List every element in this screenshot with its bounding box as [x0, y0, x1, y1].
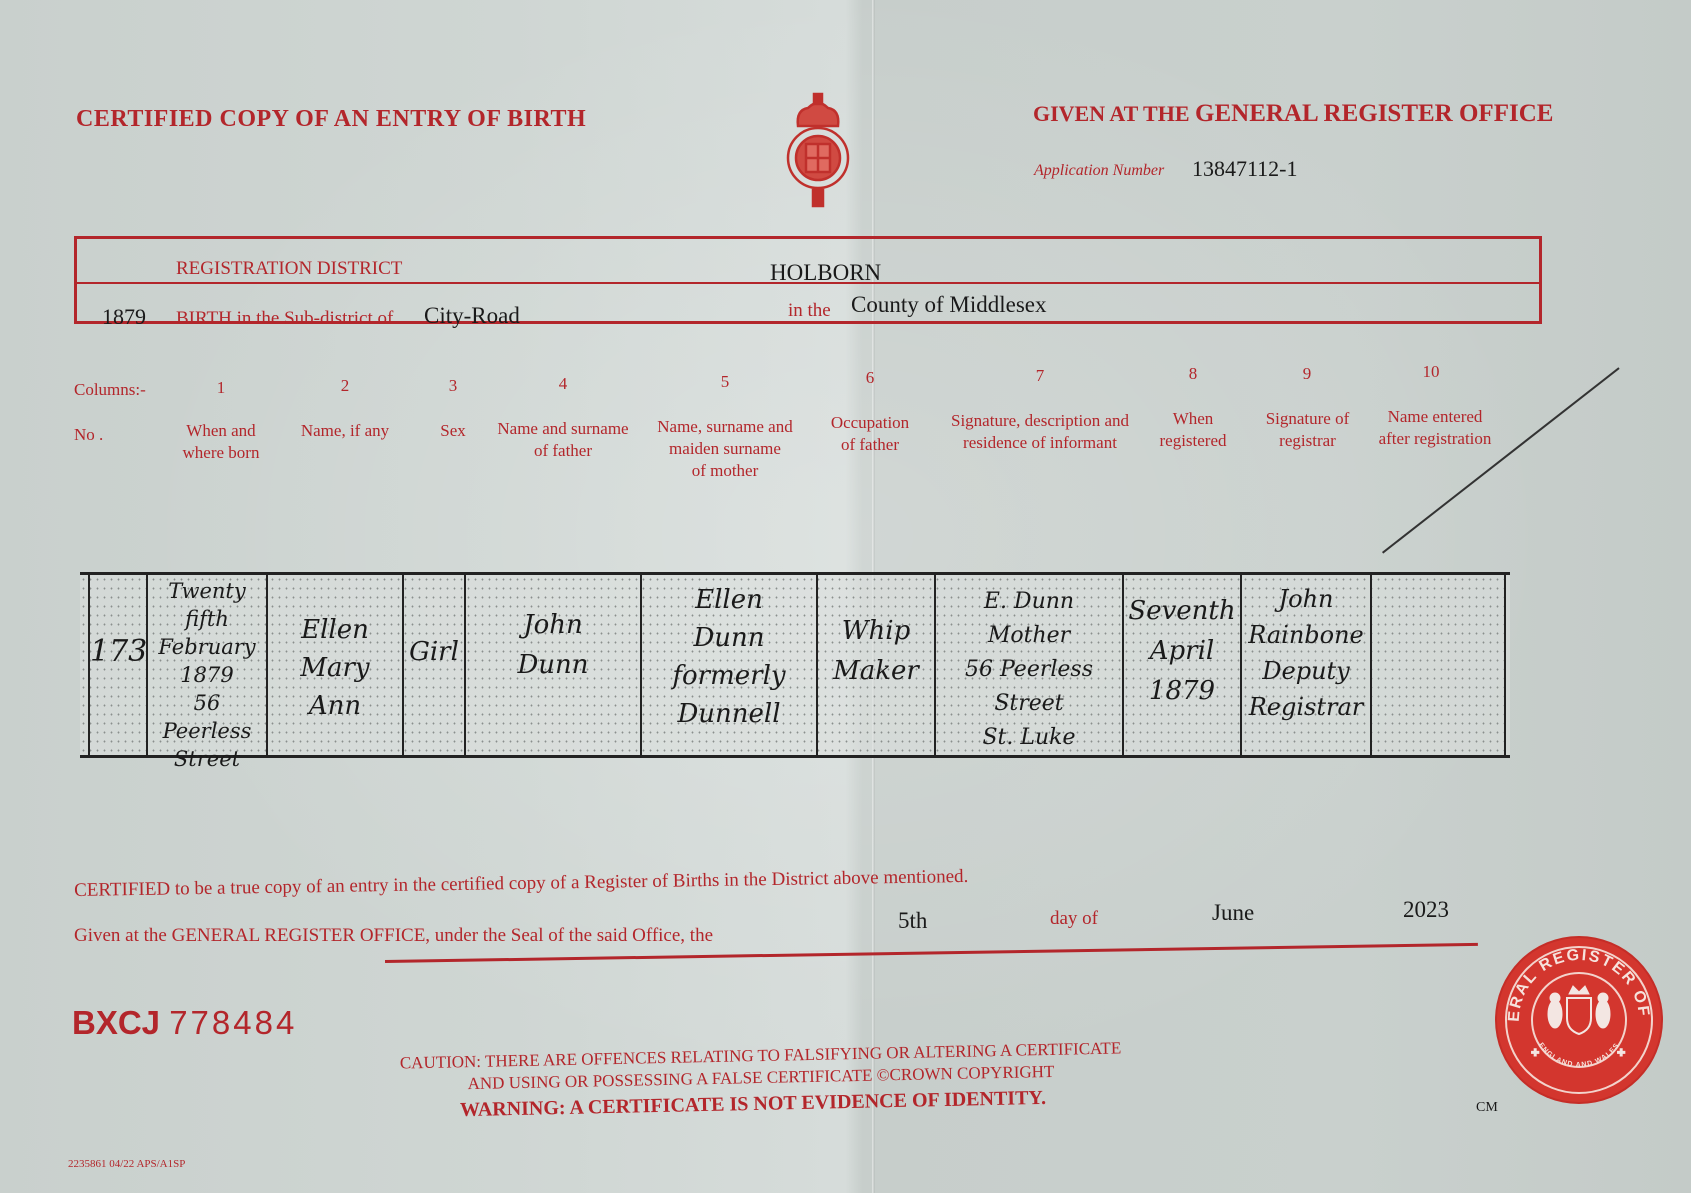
column-header-no: No .	[74, 424, 124, 446]
column-header-when-registered: When registered	[1143, 408, 1243, 452]
form-code: 2235861 04/22 APS/A1SP	[68, 1158, 185, 1170]
entry-name: Ellen Mary Ann	[268, 611, 402, 725]
royal-crest-icon	[782, 92, 854, 212]
column-number: 3	[428, 376, 478, 396]
certified-statement: CERTIFIED to be a true copy of an entry …	[74, 866, 969, 902]
given-statement: Given at the GENERAL REGISTER OFFICE, un…	[74, 925, 713, 947]
entry-registrar: John Rainbone Deputy Registrar	[1242, 581, 1370, 725]
county: County of Middlesex	[851, 292, 1047, 318]
registration-year: 1879	[102, 304, 146, 330]
entry-when-where-born: Twenty fifth February 1879 56 Peerless S…	[148, 577, 266, 773]
certification-month: June	[1212, 900, 1254, 926]
birth-certificate: CERTIFIED COPY OF AN ENTRY OF BIRTH GIVE…	[0, 0, 1691, 1193]
column-number: 1	[196, 378, 246, 398]
certificate-serial: BXCJ 778484	[72, 1004, 297, 1042]
general-register-office-seal: GENERAL REGISTER OFFICE ENGLAND AND WALE…	[1497, 938, 1661, 1102]
column-number: 5	[700, 372, 750, 392]
column-number: 7	[1015, 366, 1065, 386]
cancellation-line	[1382, 367, 1620, 553]
seal-emblem-icon: GENERAL REGISTER OFFICE ENGLAND AND WALE…	[1497, 938, 1661, 1102]
column-header-registrar: Signature of registrar	[1250, 408, 1365, 452]
certification-day: 5th	[898, 908, 927, 934]
column-header-name-after: Name entered after registration	[1370, 406, 1500, 450]
column-header-informant: Signature, description and residence of …	[935, 410, 1145, 454]
entry-father: John Dunn	[466, 605, 640, 685]
entry-sex: Girl	[404, 637, 464, 667]
county-label: in the	[788, 300, 831, 322]
column-header-sex: Sex	[423, 420, 483, 442]
entry-occupation: Whip Maker	[818, 611, 934, 691]
column-header-mother: Name, surname and maiden surname of moth…	[648, 416, 802, 482]
clerk-initials: CM	[1476, 1100, 1498, 1116]
svg-text:ENGLAND AND WALES: ENGLAND AND WALES	[1537, 1042, 1621, 1069]
column-header-father: Name and surname of father	[483, 418, 643, 462]
entry-when-registered: Seventh April 1879	[1124, 591, 1240, 711]
column-header-born: When and where born	[156, 420, 286, 464]
column-number: 4	[538, 374, 588, 394]
svg-text:GENERAL REGISTER OFFICE: GENERAL REGISTER OFFICE	[1497, 938, 1652, 1022]
subdistrict: City-Road	[424, 303, 520, 329]
svg-text:✚: ✚	[1531, 1048, 1539, 1059]
column-number: 8	[1168, 364, 1218, 384]
serial-prefix: BXCJ	[72, 1004, 160, 1041]
columns-label: Columns:-	[74, 380, 146, 400]
entry-row: 173 Twenty fifth February 1879 56 Peerle…	[80, 572, 1510, 758]
certification-year: 2023	[1403, 897, 1449, 923]
registration-district-label: REGISTRATION DISTRICT	[176, 258, 402, 280]
column-number: 6	[845, 368, 895, 388]
application-number: 13847112-1	[1192, 156, 1298, 182]
column-number: 9	[1282, 364, 1332, 384]
application-number-label: Application Number	[1034, 162, 1164, 180]
given-prefix: GIVEN AT THE	[1033, 101, 1190, 126]
column-header-occupation: Occupation of father	[810, 412, 930, 456]
registration-district: HOLBORN	[770, 260, 881, 286]
serial-number: 778484	[169, 1004, 297, 1041]
certificate-title: CERTIFIED COPY OF AN ENTRY OF BIRTH	[76, 106, 586, 133]
entry-informant: E. Dunn Mother 56 Peerless Street St. Lu…	[936, 585, 1122, 755]
subdistrict-label: BIRTH in the Sub-district of	[176, 308, 393, 330]
entry-number: 173	[90, 637, 146, 667]
entry-mother: Ellen Dunn formerly Dunnell	[642, 581, 816, 733]
svg-text:✚: ✚	[1617, 1048, 1625, 1059]
column-header-name: Name, if any	[285, 420, 405, 442]
column-number: 2	[320, 376, 370, 396]
given-at-heading: GIVEN AT THE GENERAL REGISTER OFFICE	[1033, 100, 1553, 128]
column-number: 10	[1406, 362, 1456, 382]
office-name: GENERAL REGISTER OFFICE	[1195, 100, 1553, 127]
day-of-label: day of	[1050, 908, 1098, 930]
